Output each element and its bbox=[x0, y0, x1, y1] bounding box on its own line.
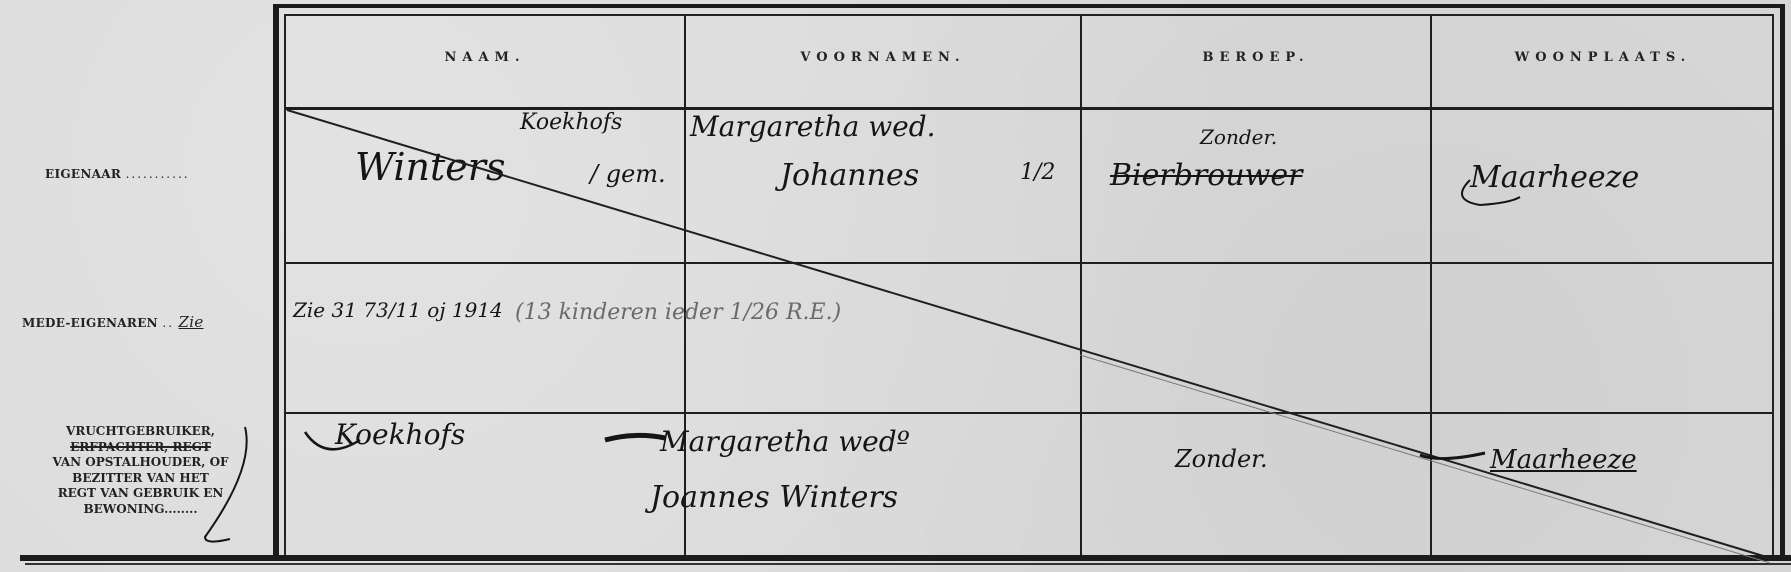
label-dots: .. bbox=[162, 316, 174, 330]
header-divider bbox=[286, 107, 1774, 110]
vruchtgebruiker-beroep: Zonder. bbox=[1175, 445, 1268, 473]
column-header-naam: NAAM. bbox=[286, 50, 684, 65]
vruchtgebruiker-voornamen: Margaretha wedº bbox=[660, 425, 910, 458]
mede-eigenaren-voornamen: (13 kinderen ieder 1/26 R.E.) bbox=[515, 300, 841, 325]
label-line: VRUCHTGEBRUIKER, bbox=[18, 424, 263, 440]
column-header-woonplaats: WOONPLAATS. bbox=[1432, 50, 1774, 65]
label-dots: ........... bbox=[126, 167, 190, 181]
eigenaar-naam: Winters bbox=[355, 145, 505, 189]
label-line: BEZITTER VAN HET bbox=[18, 471, 263, 487]
eigenaar-naam-suffix: / gem. bbox=[590, 160, 666, 188]
column-divider-beroep bbox=[1430, 16, 1432, 556]
vruchtgebruiker-naam: Koekhofs bbox=[335, 418, 465, 451]
page-bottom-rule bbox=[20, 555, 1791, 561]
page-bottom-rule-thin bbox=[25, 563, 1791, 565]
eigenaar-beroep-insert: Zonder. bbox=[1200, 125, 1277, 149]
vruchtgebruiker-voornamen-line2: Joannes Winters bbox=[650, 480, 898, 515]
eigenaar-woonplaats: Maarheeze bbox=[1470, 160, 1639, 195]
column-header-voornamen: VOORNAMEN. bbox=[686, 50, 1080, 65]
label-line: BEWONING........ bbox=[18, 502, 263, 518]
column-divider-naam bbox=[684, 16, 686, 556]
label-text: EIGENAAR bbox=[45, 167, 121, 181]
handwritten-annotation: Zie bbox=[179, 313, 204, 331]
eigenaar-voornamen: Margaretha wed. bbox=[690, 110, 936, 143]
eigenaar-beroep-struck: Bierbrouwer bbox=[1110, 158, 1302, 193]
row-label-vruchtgebruiker: VRUCHTGEBRUIKER, ERFPACHTER, REGT VAN OP… bbox=[18, 424, 263, 517]
row-divider-2 bbox=[286, 412, 1774, 414]
vruchtgebruiker-woonplaats: Maarheeze bbox=[1490, 445, 1637, 475]
label-text: MEDE-EIGENAREN bbox=[22, 316, 158, 330]
column-divider-voornamen bbox=[1080, 16, 1082, 556]
mede-eigenaren-naam: Zie 31 73/11 oj 1914 bbox=[293, 298, 503, 322]
column-header-beroep: BEROEP. bbox=[1082, 50, 1430, 65]
label-line-struck: ERFPACHTER, REGT bbox=[18, 440, 263, 456]
row-divider-1 bbox=[286, 262, 1774, 264]
label-line: REGT VAN GEBRUIK EN bbox=[18, 486, 263, 502]
label-line: VAN OPSTALHOUDER, OF bbox=[18, 455, 263, 471]
row-label-eigenaar: EIGENAAR ........... bbox=[45, 167, 190, 181]
eigenaar-naam-insert: Koekhofs bbox=[520, 110, 622, 135]
eigenaar-share: 1/2 bbox=[1020, 160, 1055, 185]
row-label-mede-eigenaren: MEDE-EIGENAREN .. Zie bbox=[22, 313, 204, 331]
eigenaar-voornamen-line2: Johannes bbox=[780, 158, 919, 193]
